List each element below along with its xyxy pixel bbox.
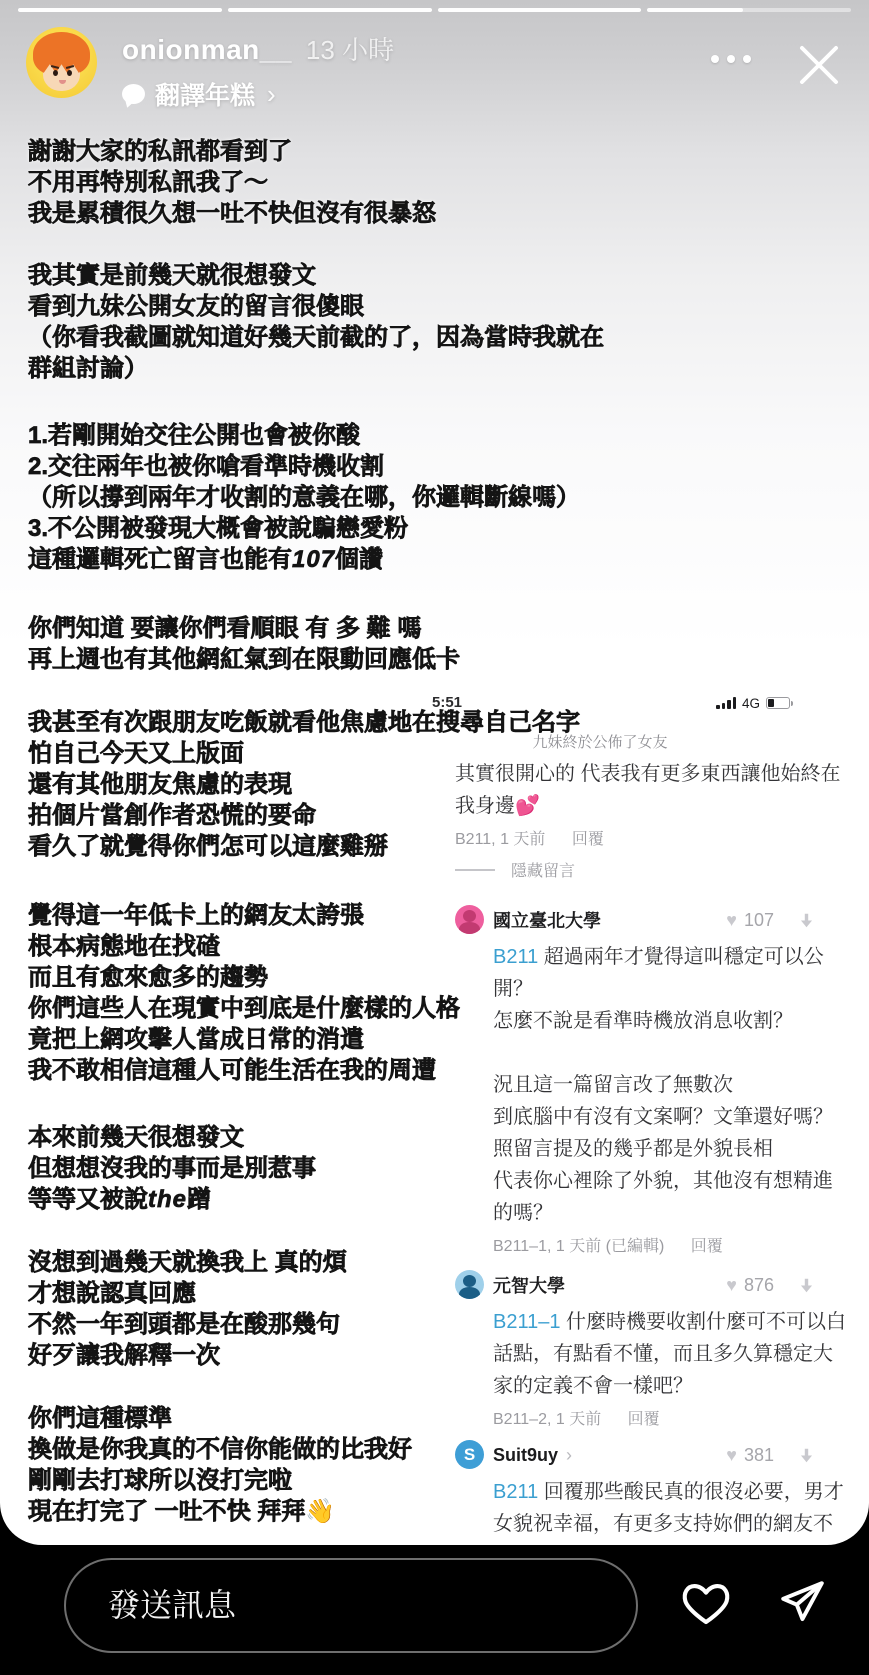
story-text-block: 1.若剛開始交往公開也會被你酸2.交往兩年也被你嗆看準時機收割（所以撐到兩年才收… <box>28 420 580 575</box>
story-text-block: 覺得這一年低卡上的網友太誇張根本病態地在找碴而且有愈來愈多的趨勢你們這些人在現實… <box>28 900 460 1086</box>
progress-segment <box>18 8 222 12</box>
text-line: 竟把上網攻擊人當成日常的消遣 <box>28 1024 460 1055</box>
text-line: 看久了就覺得你們怎可以這麼雞掰 <box>28 831 580 862</box>
text-line: B211 超過兩年才覺得這叫穩定可以公 <box>493 941 815 973</box>
story-text-block: 謝謝大家的私訊都看到了不用再特別私訊我了～我是累積很久想一吐不快但沒有很暴怒 <box>28 136 436 229</box>
text-line: 才想說認真回應 <box>28 1278 347 1309</box>
text-line: 覺得這一年低卡上的網友太誇張 <box>28 900 460 931</box>
heart-icon[interactable]: ♥ <box>726 910 737 931</box>
commenter-avatar <box>455 1270 484 1299</box>
mention-link[interactable]: B211 <box>493 946 538 968</box>
text-line: 換做是你我真的不信你能做的比我好 <box>28 1434 412 1465</box>
collapse-arrow-icon[interactable] <box>798 912 815 929</box>
username[interactable]: onionman__ <box>122 34 292 66</box>
text-line: 這種邏輯死亡留言也能有107個讚 <box>28 544 580 575</box>
text-line <box>493 1037 815 1069</box>
text-line: 群組討論） <box>28 353 604 384</box>
speech-bubble-icon <box>122 84 145 104</box>
paper-plane-icon <box>777 1578 827 1628</box>
text-line: 2.交往兩年也被你嗆看準時機收割 <box>28 451 580 482</box>
text-line: 不然一年到頭都是在酸那幾句 <box>28 1309 347 1340</box>
text-line: 看到九妹公開女友的留言很傻眼 <box>28 291 604 322</box>
text-line: 家的定義不會一樣吧？ <box>493 1370 815 1402</box>
text-line: 你們知道 要讓你們看順眼 有 多 難 嗎 <box>28 613 460 644</box>
text-line: 的嗎？ <box>493 1197 815 1229</box>
composer-bar <box>0 1545 869 1675</box>
comment: 元智大學 ♥ 876 B211–1 什麼時機要收割什麼可不可以白話點，有點看不懂… <box>493 1270 815 1429</box>
text-line: 剛剛去打球所以沒打完啦 <box>28 1465 412 1496</box>
commenter-name[interactable]: 元智大學 <box>493 1272 565 1298</box>
close-button[interactable] <box>794 40 844 90</box>
dot <box>727 55 735 63</box>
text-line: 再上週也有其他網紅氣到在限動回應低卡 <box>28 644 460 675</box>
commenter-avatar: S <box>455 1440 484 1469</box>
text-line: 我其實是前幾天就很想發文 <box>28 260 604 291</box>
avatar-eye <box>67 70 72 76</box>
progress-segment <box>228 8 432 12</box>
text-line: B211–1 什麼時機要收割什麼可不可以白 <box>493 1306 815 1338</box>
text-line: 女貌祝幸福，有更多支持妳們的網友不 <box>493 1508 815 1540</box>
commenter-name[interactable]: Suit9uy <box>493 1445 558 1466</box>
mention-link[interactable]: B211–1 <box>493 1311 560 1333</box>
collapse-arrow-icon[interactable] <box>798 1277 815 1294</box>
text-line: 但想想沒我的事而是別惹事 <box>28 1153 316 1184</box>
translate-label: 翻譯年糕 <box>155 76 255 112</box>
text-line: B211 回覆那些酸民真的很沒必要，男才 <box>493 1476 815 1508</box>
avatar[interactable] <box>26 27 97 98</box>
dot <box>711 55 719 63</box>
comment-header: S Suit9uy › ♥ 381 <box>493 1440 815 1470</box>
text-line: 代表你心裡除了外貌，其他沒有想精進 <box>493 1165 815 1197</box>
text-line: 根本病態地在找碴 <box>28 931 460 962</box>
text-line: 你們這些人在現實中到底是什麼樣的人格 <box>28 993 460 1024</box>
text-line: 怕自己今天又上版面 <box>28 738 580 769</box>
progress-segment <box>438 8 642 12</box>
story-text-block: 你們知道 要讓你們看順眼 有 多 難 嗎再上週也有其他網紅氣到在限動回應低卡 <box>28 613 460 675</box>
commenter-name[interactable]: 國立臺北大學 <box>493 907 601 933</box>
comment-header: 元智大學 ♥ 876 <box>493 1270 815 1300</box>
battery-icon <box>766 697 790 709</box>
like-story-button[interactable] <box>676 1573 736 1633</box>
text-line: 我是累積很久想一吐不快但沒有很暴怒 <box>28 198 436 229</box>
story-text-block: 本來前幾天很想發文但想想沒我的事而是別惹事等等又被說the蹭 <box>28 1122 316 1215</box>
comment-meta: B211–1, 1 天前 (已編輯) 回覆 <box>493 1233 815 1256</box>
text-line: 怎麼不說是看準時機放消息收割？ <box>493 1005 815 1037</box>
comment-id-time: B211–1, 1 天前 (已編輯) <box>493 1238 664 1255</box>
share-story-button[interactable] <box>772 1573 832 1633</box>
text-line: 我不敢相信這種人可能生活在我的周遭 <box>28 1055 460 1086</box>
instagram-story-screen: onionman__ 13 小時 翻譯年糕 › 5:51 4G 九妹終於公佈 <box>0 0 869 1675</box>
heart-icon[interactable]: ♥ <box>726 1275 737 1296</box>
chevron-right-icon: › <box>267 79 276 110</box>
text-line: 1.若剛開始交往公開也會被你酸 <box>28 420 580 451</box>
text-line: 而且有愈來愈多的趨勢 <box>28 962 460 993</box>
comment-header: 國立臺北大學 ♥ 107 <box>493 905 815 935</box>
network-label: 4G <box>742 696 760 711</box>
heart-icon[interactable]: ♥ <box>726 1445 737 1466</box>
story-text-block: 你們這種標準換做是你我真的不信你能做的比我好剛剛去打球所以沒打完啦現在打完了 一… <box>28 1403 412 1527</box>
comment-body: B211–1 什麼時機要收割什麼可不可以白話點，有點看不懂，而且多久算穩定大家的… <box>493 1306 815 1402</box>
story-timestamp: 13 小時 <box>306 30 394 67</box>
story-header: onionman__ 13 小時 翻譯年糕 › <box>122 30 394 112</box>
like-count: 381 <box>744 1445 774 1466</box>
comment-id-time: B211–2, 1 天前 <box>493 1411 601 1428</box>
text-line: 我甚至有次跟朋友吃飯就看他焦慮地在搜尋自己名字 <box>28 707 580 738</box>
dot <box>743 55 751 63</box>
message-input[interactable] <box>66 1576 636 1636</box>
text-line: 3.不公開被發現大概會被說騙戀愛粉 <box>28 513 580 544</box>
collapse-arrow-icon[interactable] <box>798 1447 815 1464</box>
text-line: 沒想到過幾天就換我上 真的煩 <box>28 1247 347 1278</box>
comment: 國立臺北大學 ♥ 107 B211 超過兩年才覺得這叫穩定可以公開？怎麼不說是看… <box>493 905 815 1256</box>
text-line: （所以撐到兩年才收割的意義在哪，你邏輯斷線嗎） <box>28 482 580 513</box>
story-text-block: 沒想到過幾天就換我上 真的煩才想說認真回應不然一年到頭都是在酸那幾句好歹讓我解釋… <box>28 1247 347 1371</box>
like-count: 107 <box>744 910 774 931</box>
text-line: 話點，有點看不懂，而且多久算穩定大 <box>493 1338 815 1370</box>
heart-outline-icon <box>680 1577 732 1629</box>
message-pill[interactable] <box>64 1558 638 1653</box>
text-line: 到底腦中有沒有文案啊？文筆還好嗎？ <box>493 1101 815 1133</box>
mention-link[interactable]: B211 <box>493 1481 538 1503</box>
signal-bars-icon <box>716 697 736 709</box>
text-line: 好歹讓我解釋一次 <box>28 1340 347 1371</box>
avatar-eye <box>53 70 58 76</box>
close-icon <box>794 40 844 90</box>
story-text-block: 我其實是前幾天就很想發文看到九妹公開女友的留言很傻眼（你看我截圖就知道好幾天前截… <box>28 260 604 384</box>
text-line: 拍個片當創作者恐慌的要命 <box>28 800 580 831</box>
comment-meta: B211–2, 1 天前 回覆 <box>493 1406 815 1429</box>
text-line: 現在打完了 一吐不快 拜拜👋 <box>28 1496 412 1527</box>
story-canvas[interactable]: onionman__ 13 小時 翻譯年糕 › 5:51 4G 九妹終於公佈 <box>0 0 869 1545</box>
comment-body: B211 超過兩年才覺得這叫穩定可以公開？怎麼不說是看準時機放消息收割？況且這一… <box>493 941 815 1229</box>
divider <box>455 869 495 871</box>
chevron-right-icon: › <box>566 1445 572 1466</box>
text-line: 本來前幾天很想發文 <box>28 1122 316 1153</box>
screenshot-statusbar-icons: 4G <box>716 694 790 712</box>
see-translation-button[interactable]: 翻譯年糕 › <box>122 76 394 112</box>
like-count: 876 <box>744 1275 774 1296</box>
text-line: 等等又被說the蹭 <box>28 1184 316 1215</box>
text-line: 不用再特別私訊我了～ <box>28 167 436 198</box>
progress-segment <box>647 8 851 12</box>
text-line: 謝謝大家的私訊都看到了 <box>28 136 436 167</box>
text-line: 照留言提及的幾乎都是外貌長相 <box>493 1133 815 1165</box>
story-text-block: 我甚至有次跟朋友吃飯就看他焦慮地在搜尋自己名字怕自己今天又上版面還有其他朋友焦慮… <box>28 707 580 862</box>
text-line: （你看我截圖就知道好幾天前截的了，因為當時我就在 <box>28 322 604 353</box>
story-progress-bar <box>18 8 851 12</box>
comment-body: B211 回覆那些酸民真的很沒必要，男才女貌祝幸福，有更多支持妳們的網友不 <box>493 1476 815 1540</box>
text-line: 你們這種標準 <box>28 1403 412 1434</box>
text-line: 開？ <box>493 973 815 1005</box>
text-line: 況且這一篇留言改了無數次 <box>493 1069 815 1101</box>
reply-button[interactable]: 回覆 <box>628 1411 660 1428</box>
text-line: 還有其他朋友焦慮的表現 <box>28 769 580 800</box>
reply-button[interactable]: 回覆 <box>691 1238 723 1255</box>
more-options-button[interactable] <box>711 55 751 63</box>
comment: S Suit9uy › ♥ 381 B211 回覆那些酸民真的很沒必要，男才女貌… <box>493 1440 815 1540</box>
